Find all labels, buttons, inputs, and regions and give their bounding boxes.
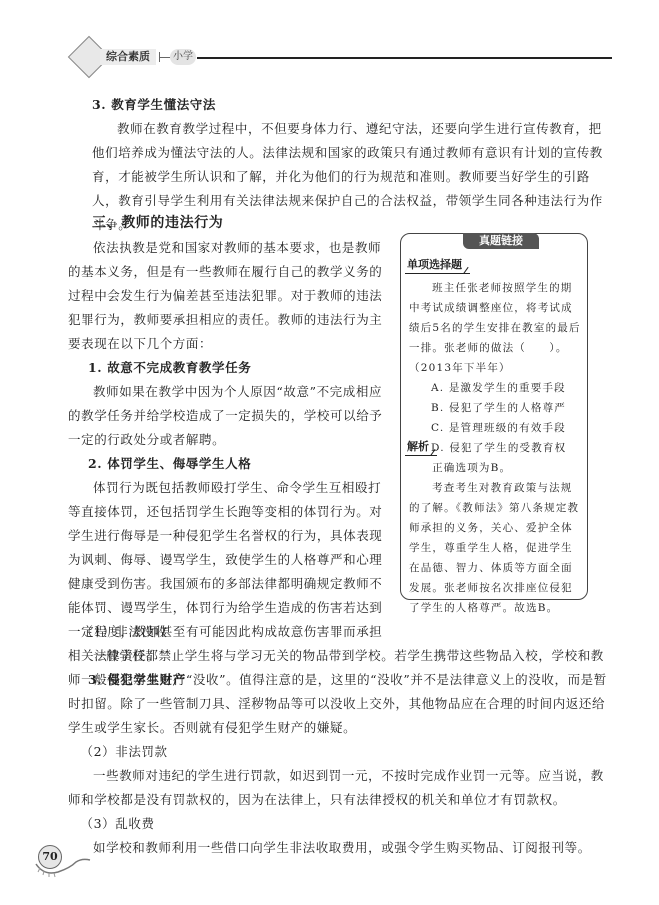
explanation-text: 考查考生对教育政策与法规的了解。《教师法》第八条规定教师承担的义务，关心、爱护全… <box>409 478 581 618</box>
exam-link-box: 真题链接 单项选择题 班主任张老师按照学生的期中考试成绩调整座位，将考试成绩后5… <box>400 233 588 600</box>
option-c: C. 是管理班级的有效手段 <box>409 418 581 438</box>
question-body: 班主任张老师按照学生的期中考试成绩调整座位，将考试成绩后5名的学生安排在教室的最… <box>409 278 581 458</box>
property-section: （1）非法没收 一般学校都禁止学生将与学习无关的物品带到学校。若学生携带这些物品… <box>68 620 614 860</box>
option-a: A. 是激发学生的重要手段 <box>409 378 581 398</box>
header-rule <box>197 57 612 59</box>
subitem-text-2: 一些教师对违纪的学生进行罚款，如迟到罚一元，不按时完成作业罚一元等。应当说，教师… <box>68 764 614 812</box>
item-text-1: 教师如果在教学中因为个人原因“故意”不完成相应的教学任务并给学校造成了一定损失的… <box>68 380 390 452</box>
page-header: 综合素质 小学 <box>72 39 612 79</box>
analysis-label: 解析 <box>405 438 437 456</box>
question-text: 班主任张老师按照学生的期中考试成绩调整座位，将考试成绩后5名的学生安排在教室的最… <box>409 278 581 378</box>
divider <box>160 57 170 58</box>
page-number: 70 <box>38 845 62 869</box>
question-type-label: 单项选择题 <box>405 256 470 274</box>
item-heading-2: 2. 体罚学生、侮辱学生人格 <box>68 452 390 476</box>
book-title: 综合素质 <box>100 49 156 65</box>
analysis-body: 正确选项为B。 考查考生对教育政策与法规的了解。《教师法》第八条规定教师承担的义… <box>409 458 581 618</box>
chapter-heading: 三、教师的违法行为 <box>92 211 392 235</box>
exam-link-badge: 真题链接 <box>463 233 539 249</box>
level-label: 小学 <box>170 49 196 65</box>
subitem-text-1: 一般学校都禁止学生将与学习无关的物品带到学校。若学生携带这些物品入校，学校和教师… <box>68 644 614 740</box>
option-b: B. 侵犯了学生的人格尊严 <box>409 398 581 418</box>
answer-text: 正确选项为B。 <box>409 458 581 478</box>
subitem-text-3: 如学校和教师利用一些借口向学生非法收取费用，或强令学生购买物品、订阅报刊等。 <box>68 836 614 860</box>
item-heading-1: 1. 故意不完成教育教学任务 <box>68 356 390 380</box>
chapter-intro: 依法执教是党和国家对教师的基本要求，也是教师的基本义务，但是有一些教师在履行自己… <box>68 236 390 356</box>
subitem-heading-2: （2）非法罚款 <box>68 740 614 764</box>
subitem-heading-1: （1）非法没收 <box>68 620 614 644</box>
section-heading: 3. 教育学生懂法守法 <box>92 93 612 117</box>
subitem-heading-3: （3）乱收费 <box>68 812 614 836</box>
